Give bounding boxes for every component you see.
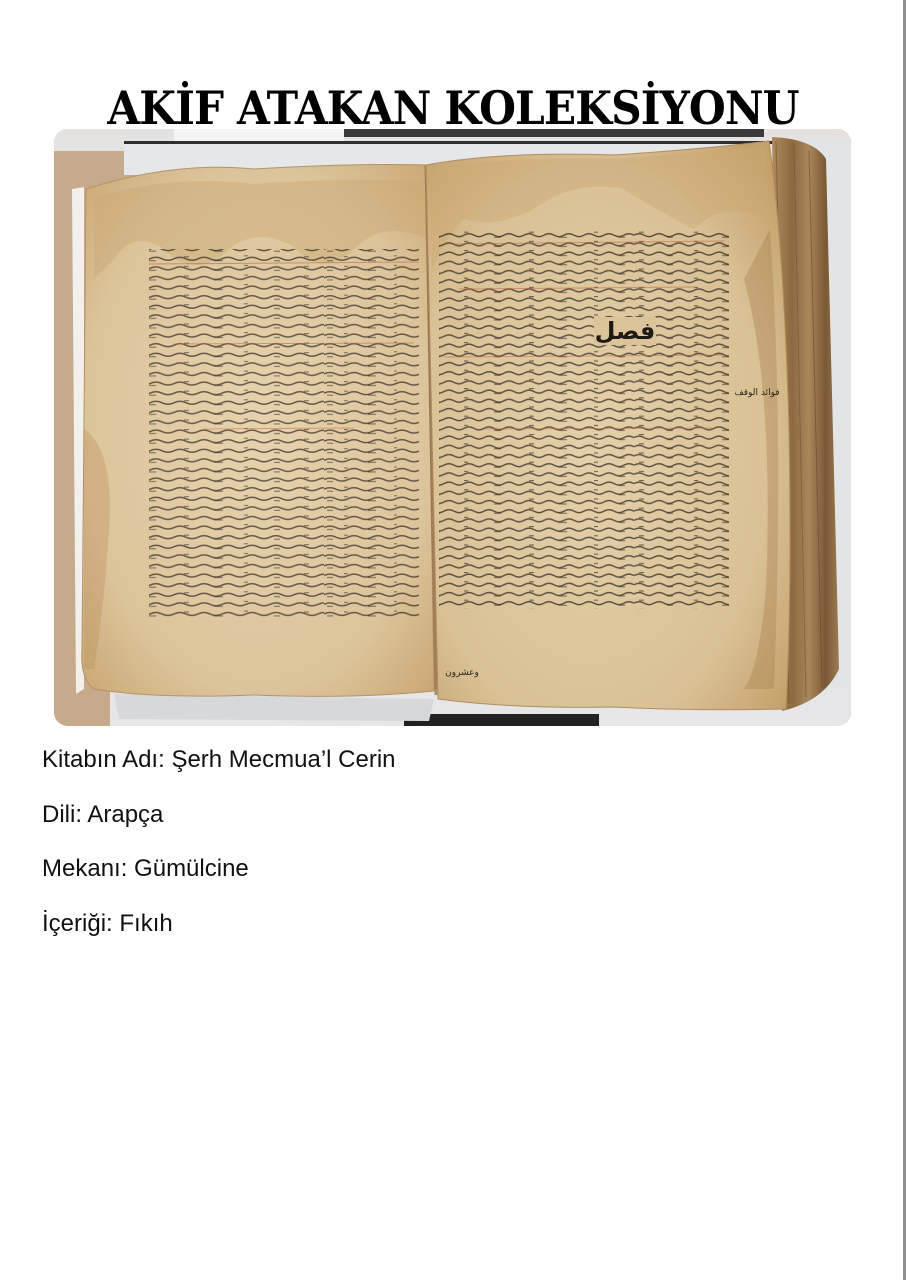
right-page-text xyxy=(439,229,729,609)
book-name-label: Kitabın Adı: xyxy=(42,746,165,773)
manuscript-photo: فصل فوائد الوقف وعشرون xyxy=(54,129,851,726)
content-label: İçeriği: xyxy=(42,910,113,937)
content-line: İçeriği: Fıkıh xyxy=(42,909,396,939)
left-page-text xyxy=(149,249,419,619)
content-value: Fıkıh xyxy=(119,910,172,937)
marginal-note: فوائد الوقف xyxy=(734,388,779,398)
location-label: Mekanı: xyxy=(42,855,127,882)
section-heading-word: فصل xyxy=(595,317,656,345)
open-book-illustration: فصل فوائد الوقف وعشرون xyxy=(54,129,851,726)
language-line: Dili: Arapça xyxy=(42,800,396,830)
language-label: Dili: xyxy=(42,801,82,828)
book-name-value: Şerh Mecmua’l Cerin xyxy=(171,746,395,773)
location-line: Mekanı: Gümülcine xyxy=(42,854,396,884)
book-info: Kitabın Adı: Şerh Mecmua’l Cerin Dili: A… xyxy=(42,745,396,963)
language-value: Arapça xyxy=(87,801,163,828)
location-value: Gümülcine xyxy=(134,855,249,882)
book-name-line: Kitabın Adı: Şerh Mecmua’l Cerin xyxy=(42,745,396,775)
catchword: وعشرون xyxy=(445,668,479,678)
